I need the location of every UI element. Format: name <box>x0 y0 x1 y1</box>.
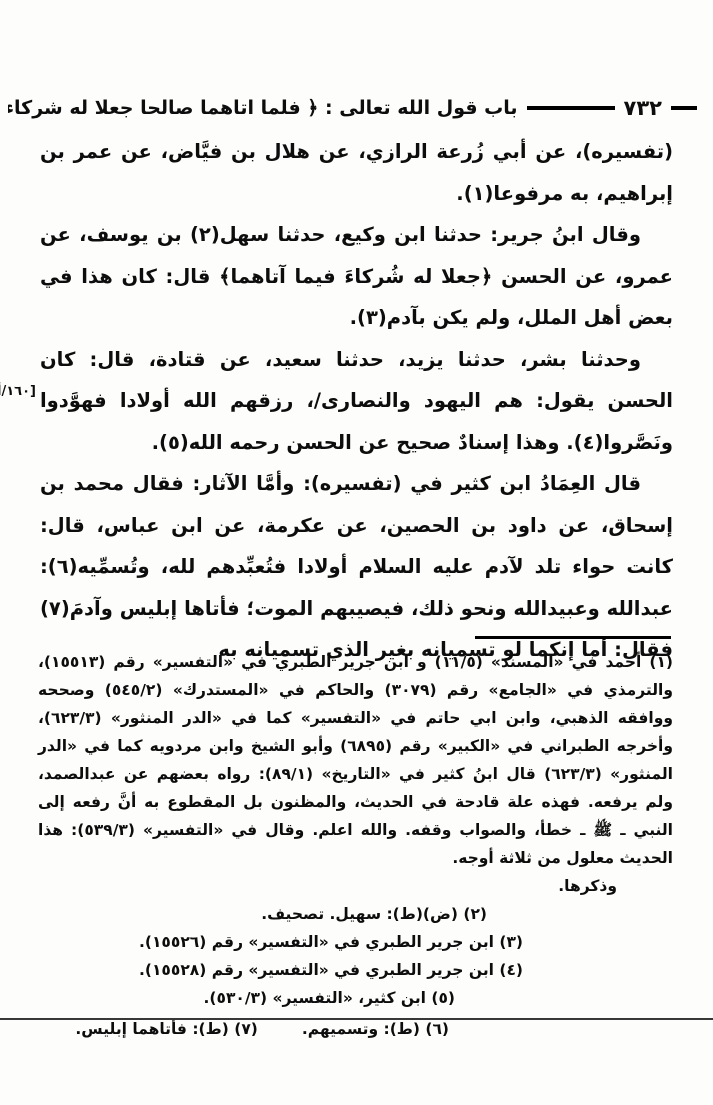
header-rule <box>527 106 615 110</box>
paragraph-ibn-jarir: وقال ابنُ جرير: حدثنا ابن وكيع، حدثنا سه… <box>40 214 673 339</box>
paragraph-isnad-continuation: (تفسيره)، عن أبي زُرعة الرازي، عن هلال ب… <box>40 131 673 214</box>
page-number: ٧٣٢ <box>624 98 662 119</box>
book-page: ٧٣٢ باب قول الله تعالى : ﴿ فلما اتاهما ص… <box>0 0 713 1105</box>
header-dash-rule <box>671 106 697 110</box>
folio-margin-marker: ١٦٠/أ] <box>0 384 36 399</box>
footnote-separator <box>475 636 671 639</box>
footnote-3: (٣) ابن جرير الطبري في «التفسير» رقم (١٥… <box>38 928 673 956</box>
paragraph-qatada: وحدثنا بشر، حدثنا يزيد، حدثنا سعيد، عن ق… <box>40 339 673 464</box>
footnote-1-tail: وذكرها. <box>38 872 673 900</box>
body-text: (تفسيره)، عن أبي زُرعة الرازي، عن هلال ب… <box>40 131 673 671</box>
footnote-2: (٢) (ض)(ط): سهيل. تصحيف. <box>38 900 673 928</box>
page-bottom-rule <box>0 1018 713 1020</box>
footnote-5: (٥) ابن كثير، «التفسير» (٥٣٠/٣). <box>38 984 673 1012</box>
footnote-4: (٤) ابن جرير الطبري في «التفسير» رقم (١٥… <box>38 956 673 984</box>
footnotes-block: (١) أحمد في «المسند» (١١/٥) و ابن جرير ا… <box>38 648 673 1043</box>
page-header: ٧٣٢ باب قول الله تعالى : ﴿ فلما اتاهما ص… <box>8 92 697 124</box>
footnote-1: (١) أحمد في «المسند» (١١/٥) و ابن جرير ا… <box>38 648 673 872</box>
paragraph-ibn-kathir: قال العِمَادُ ابن كثير في (تفسيره): وأمَ… <box>40 463 673 671</box>
chapter-title: باب قول الله تعالى : ﴿ فلما اتاهما صالحا… <box>8 96 518 121</box>
